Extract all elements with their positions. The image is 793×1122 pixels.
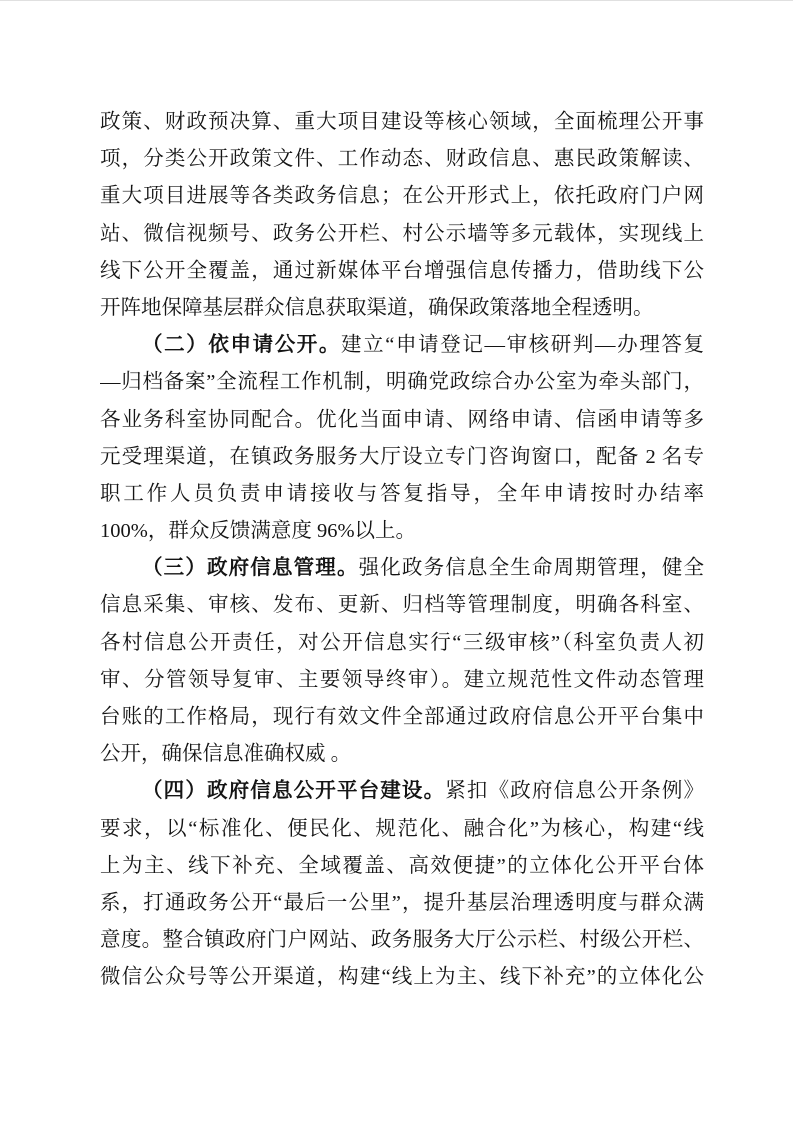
document-body: 政策、财政预决算、重大项目建设等核心领域，全面梳理公开事项，分类公开政策文件、工… <box>100 104 704 997</box>
paragraph-heading-run: （二）依申请公开。 <box>142 334 341 356</box>
text-line: 职工作人员负责申请接收与答复指导，全年申请按时办结率 <box>100 476 704 513</box>
text-line: 重大项目进展等各类政务信息；在公开形式上，依托政府门户网 <box>100 178 704 215</box>
text-line: （二）依申请公开。建立“申请登记—审核研判—办理答复 <box>100 327 704 364</box>
paragraph-text-run: 职工作人员负责申请接收与答复指导，全年申请按时办结率 <box>100 483 704 505</box>
text-line: —归档备案”全流程工作机制，明确党政综合办公室为牵头部门， <box>100 364 704 401</box>
paragraph-text-run: 紧扣《政府信息公开条例》 <box>445 780 704 802</box>
paragraph-text-run: 公开，确保信息准确权威 。 <box>100 743 351 765</box>
text-line: 项，分类公开政策文件、工作动态、财政信息、惠民政策解读、 <box>100 141 704 178</box>
text-line: 站、微信视频号、政务公开栏、村公示墙等多元载体，实现线上 <box>100 216 704 253</box>
text-line: 意度。整合镇政府门户网站、政务服务大厅公示栏、村级公开栏、 <box>100 922 704 959</box>
text-line: 要求，以“标准化、便民化、规范化、融合化”为核心，构建“线 <box>100 811 704 848</box>
paragraph-text-run: —归档备案”全流程工作机制，明确党政综合办公室为牵头部门， <box>100 371 704 393</box>
text-line: 各业务科室协同配合。优化当面申请、网络申请、信函申请等多 <box>100 402 704 439</box>
paragraph-text-run: 重大项目进展等各类政务信息；在公开形式上，依托政府门户网 <box>100 185 704 207</box>
paragraph-text-run: 元受理渠道，在镇政务服务大厅设立专门咨询窗口，配备 2 名专 <box>100 446 704 468</box>
text-line: 开阵地保障基层群众信息获取渠道，确保政策落地全程透明。 <box>100 290 704 327</box>
text-line: 元受理渠道，在镇政务服务大厅设立专门咨询窗口，配备 2 名专 <box>100 439 704 476</box>
paragraph-text-run: 100%，群众反馈满意度 96%以上。 <box>100 520 416 542</box>
text-line: 微信公众号等公开渠道，构建“线上为主、线下补充”的立体化公 <box>100 959 704 996</box>
paragraph-text-run: 建立“申请登记—审核研判—办理答复 <box>341 334 704 356</box>
text-line: 各村信息公开责任，对公开信息实行“三级审核”（科室负责人初 <box>100 625 704 662</box>
paragraph-text-run: 审、分管领导复审、主要领导终审）。建立规范性文件动态管理 <box>100 669 704 691</box>
text-line: 信息采集、审核、发布、更新、归档等管理制度，明确各科室、 <box>100 587 704 624</box>
paragraph-text-run: 项，分类公开政策文件、工作动态、财政信息、惠民政策解读、 <box>100 148 704 170</box>
paragraph-text-run: 站、微信视频号、政务公开栏、村公示墙等多元载体，实现线上 <box>100 223 704 245</box>
text-line: 公开，确保信息准确权威 。 <box>100 736 704 773</box>
document-page: 政策、财政预决算、重大项目建设等核心领域，全面梳理公开事项，分类公开政策文件、工… <box>0 0 793 1122</box>
text-line: （三）政府信息管理。强化政务信息全生命周期管理，健全 <box>100 550 704 587</box>
paragraph-text-run: 要求，以“标准化、便民化、规范化、融合化”为核心，构建“线 <box>100 818 704 840</box>
paragraph-text-run: 线下公开全覆盖，通过新媒体平台增强信息传播力，借助线下公 <box>100 260 704 282</box>
paragraph-text-run: 各村信息公开责任，对公开信息实行“三级审核”（科室负责人初 <box>100 632 704 654</box>
paragraph-heading-run: （三）政府信息管理。 <box>142 557 359 579</box>
paragraph-text-run: 上为主、线下补充、全域覆盖、高效便捷”的立体化公开平台体 <box>100 855 704 877</box>
paragraph-text-run: 意度。整合镇政府门户网站、政务服务大厅公示栏、村级公开栏、 <box>100 929 704 951</box>
text-line: 系，打通政务公开“最后一公里”，提升基层治理透明度与群众满 <box>100 885 704 922</box>
paragraph-text-run: 信息采集、审核、发布、更新、归档等管理制度，明确各科室、 <box>100 594 704 616</box>
paragraph-text-run: 政策、财政预决算、重大项目建设等核心领域，全面梳理公开事 <box>100 111 704 133</box>
paragraph-text-run: 台账的工作格局，现行有效文件全部通过政府信息公开平台集中 <box>100 706 704 728</box>
paragraph-heading-run: （四）政府信息公开平台建设。 <box>142 780 445 802</box>
text-line: 政策、财政预决算、重大项目建设等核心领域，全面梳理公开事 <box>100 104 704 141</box>
text-line: 审、分管领导复审、主要领导终审）。建立规范性文件动态管理 <box>100 662 704 699</box>
text-line: 台账的工作格局，现行有效文件全部通过政府信息公开平台集中 <box>100 699 704 736</box>
text-line: 线下公开全覆盖，通过新媒体平台增强信息传播力，借助线下公 <box>100 253 704 290</box>
paragraph-text-run: 各业务科室协同配合。优化当面申请、网络申请、信函申请等多 <box>100 409 704 431</box>
text-line: 100%，群众反馈满意度 96%以上。 <box>100 513 704 550</box>
paragraph-text-run: 开阵地保障基层群众信息获取渠道，确保政策落地全程透明。 <box>100 297 654 319</box>
text-line: 上为主、线下补充、全域覆盖、高效便捷”的立体化公开平台体 <box>100 848 704 885</box>
paragraph-text-run: 强化政务信息全生命周期管理，健全 <box>359 557 704 579</box>
paragraph-text-run: 系，打通政务公开“最后一公里”，提升基层治理透明度与群众满 <box>100 892 704 914</box>
paragraph-text-run: 微信公众号等公开渠道，构建“线上为主、线下补充”的立体化公 <box>100 966 704 988</box>
text-line: （四）政府信息公开平台建设。紧扣《政府信息公开条例》 <box>100 773 704 810</box>
